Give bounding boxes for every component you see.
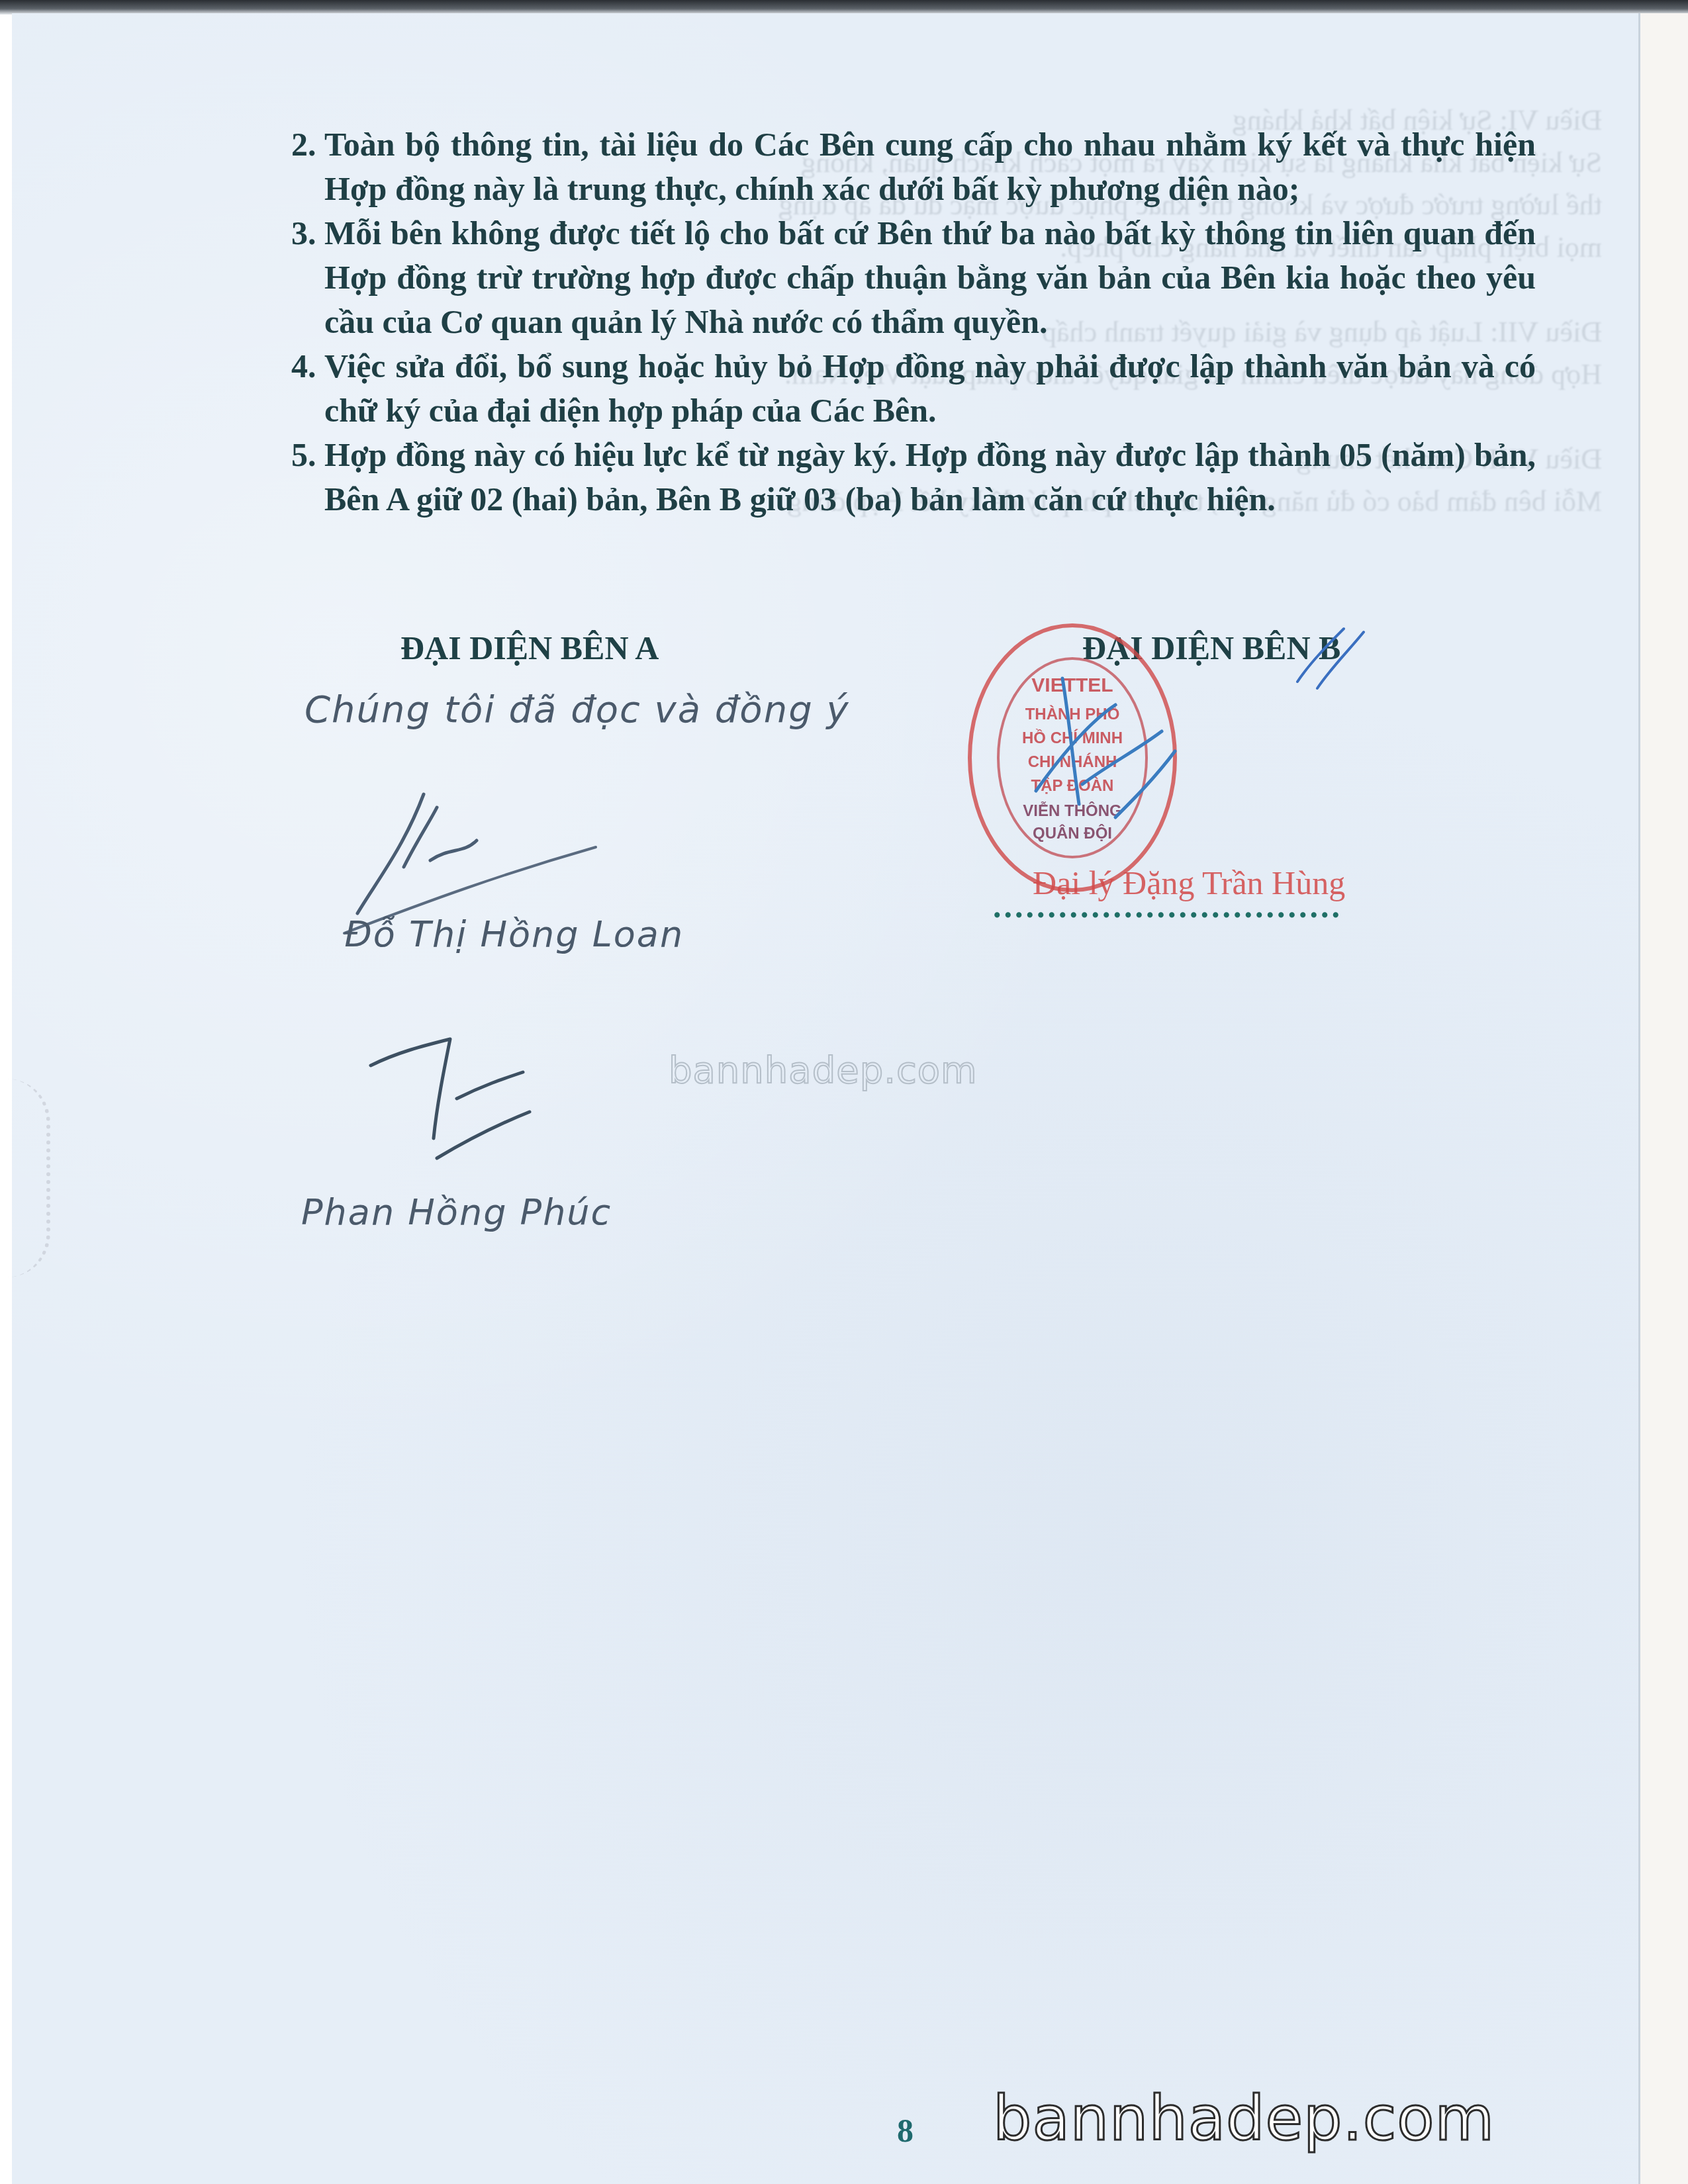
clause-text: Toàn bộ thông tin, tài liệu do Các Bên c… [316,122,1536,211]
watermark-bottom: bannhadep.com [993,2083,1495,2154]
signer-name-a2: Phan Hồng Phúc [301,1191,612,1233]
clause-item: 2. Toàn bộ thông tin, tài liệu do Các Bê… [291,122,1536,211]
clause-text: Hợp đồng này có hiệu lực kể từ ngày ký. … [316,433,1536,522]
clause-text: Việc sửa đổi, bổ sung hoặc hủy bỏ Hợp đồ… [316,344,1536,433]
clause-number: 2. [291,122,316,211]
bleed-through-stamp [7,1079,50,1277]
page-number: 8 [897,2111,914,2150]
svg-text:QUÂN ĐỘI: QUÂN ĐỘI [1033,824,1112,842]
watermark-center: bannhadep.com [669,1049,978,1092]
clause-list: 2. Toàn bộ thông tin, tài liệu do Các Bê… [291,122,1536,522]
clause-item: 3. Mỗi bên không được tiết lộ cho bất cứ… [291,211,1536,344]
second-signature-icon [357,1032,569,1165]
clause-number: 3. [291,211,316,344]
svg-text:VIETTEL: VIETTEL [1031,674,1113,696]
clause-text: Mỗi bên không được tiết lộ cho bất cứ Bê… [316,211,1536,344]
clause-number: 5. [291,433,316,522]
initials-icon [1291,622,1370,695]
signature-dotted-line: ................................ [993,887,1342,925]
clause-number: 4. [291,344,316,433]
clause-item: 4. Việc sửa đổi, bổ sung hoặc hủy bỏ Hợp… [291,344,1536,433]
company-stamp-icon: VIETTEL THÀNH PHỐ HỒ CHÍ MINH CHI NHÁNH … [963,619,1182,897]
handwritten-agreement-note: Chúng tôi đã đọc và đồng ý [305,688,850,731]
scan-top-shadow [0,0,1688,15]
svg-text:VIỄN THÔNG: VIỄN THÔNG [1023,801,1121,820]
clause-item: 5. Hợp đồng này có hiệu lực kể từ ngày k… [291,433,1536,522]
signer-name-a: Đỗ Thị Hồng Loan [344,913,684,955]
scan-right-margin [1640,13,1688,2184]
party-a-heading: ĐẠI DIỆN BÊN A [400,629,659,667]
